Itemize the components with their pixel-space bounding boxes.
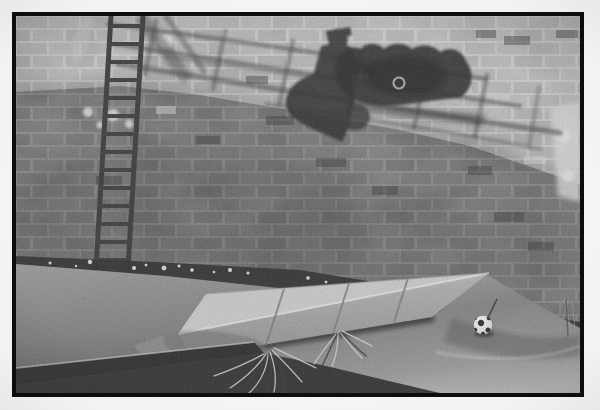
film-grain [16,16,580,393]
photograph: Black-and-white photograph: shadow of a … [0,0,600,410]
photograph-frame: Black-and-white photograph: shadow of a … [0,0,600,410]
photo-content [0,13,600,395]
